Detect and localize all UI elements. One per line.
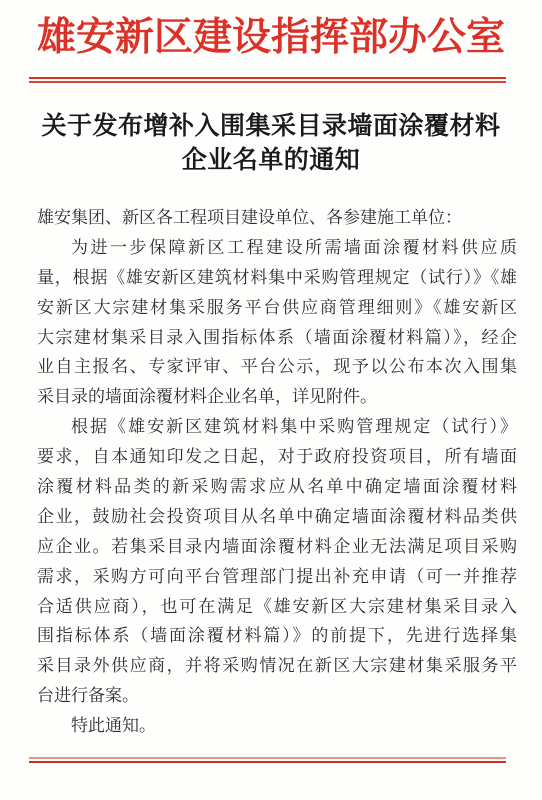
body-line: 台进行备案。 xyxy=(37,681,517,711)
body-line: 安新区大宗建材集采服务平台供应商管理细则》《雄安新区 xyxy=(37,293,517,323)
red-footer-rule xyxy=(29,757,506,763)
body-line: 大宗建材集采目录入围指标体系（墙面涂覆材料篇）》，经企 xyxy=(37,323,517,353)
body-line: 围指标体系（墙面涂覆材料篇）》的前提下，先进行选择集 xyxy=(37,621,517,651)
body-line: 应企业。若集采目录内墙面涂覆材料企业无法满足项目采购 xyxy=(37,532,517,562)
body-line: 根据《雄安新区建筑材料集中采购管理规定（试行）》 xyxy=(37,412,517,442)
closing-line: 特此通知。 xyxy=(37,711,517,741)
body-line: 企业，鼓励社会投资项目从名单中确定墙面涂覆材料品类供 xyxy=(37,502,517,532)
notice-title: 关于发布增补入围集采目录墙面涂覆材料 企业名单的通知 xyxy=(0,110,542,178)
body-line: 采目录外供应商，并将采购情况在新区大宗建材集采服务平 xyxy=(37,651,517,681)
document-page: 雄安新区建设指挥部办公室 关于发布增补入围集采目录墙面涂覆材料 企业名单的通知 … xyxy=(0,0,542,800)
notice-title-line-2: 企业名单的通知 xyxy=(0,144,542,178)
body-line: 业自主报名、专家评审、平台公示，现予以公布本次入围集 xyxy=(37,352,517,382)
body-line: 需求，采购方可向平台管理部门提出补充申请（可一并推荐 xyxy=(37,562,517,592)
red-header-rule xyxy=(29,77,506,83)
body-line: 要求，自本通知印发之日起，对于政府投资项目，所有墙面 xyxy=(37,442,517,472)
body-line: 采目录的墙面涂覆材料企业名单，详见附件。 xyxy=(37,382,517,412)
salutation-line: 雄安集团、新区各工程项目建设单位、各参建施工单位： xyxy=(37,203,517,233)
body-line: 涂覆材料品类的新采购需求应从名单中确定墙面涂覆材料 xyxy=(37,472,517,502)
body-line: 为进一步保障新区工程建设所需墙面涂覆材料供应质 xyxy=(37,233,517,263)
body-line: 量，根据《雄安新区建筑材料集中采购管理规定（试行）》《雄 xyxy=(37,263,517,293)
letterhead-title: 雄安新区建设指挥部办公室 xyxy=(0,13,542,63)
notice-body: 雄安集团、新区各工程项目建设单位、各参建施工单位： 为进一步保障新区工程建设所需… xyxy=(37,203,517,741)
body-line: 合适供应商），也可在满足《雄安新区大宗建材集采目录入 xyxy=(37,592,517,622)
notice-title-line-1: 关于发布增补入围集采目录墙面涂覆材料 xyxy=(0,110,542,144)
